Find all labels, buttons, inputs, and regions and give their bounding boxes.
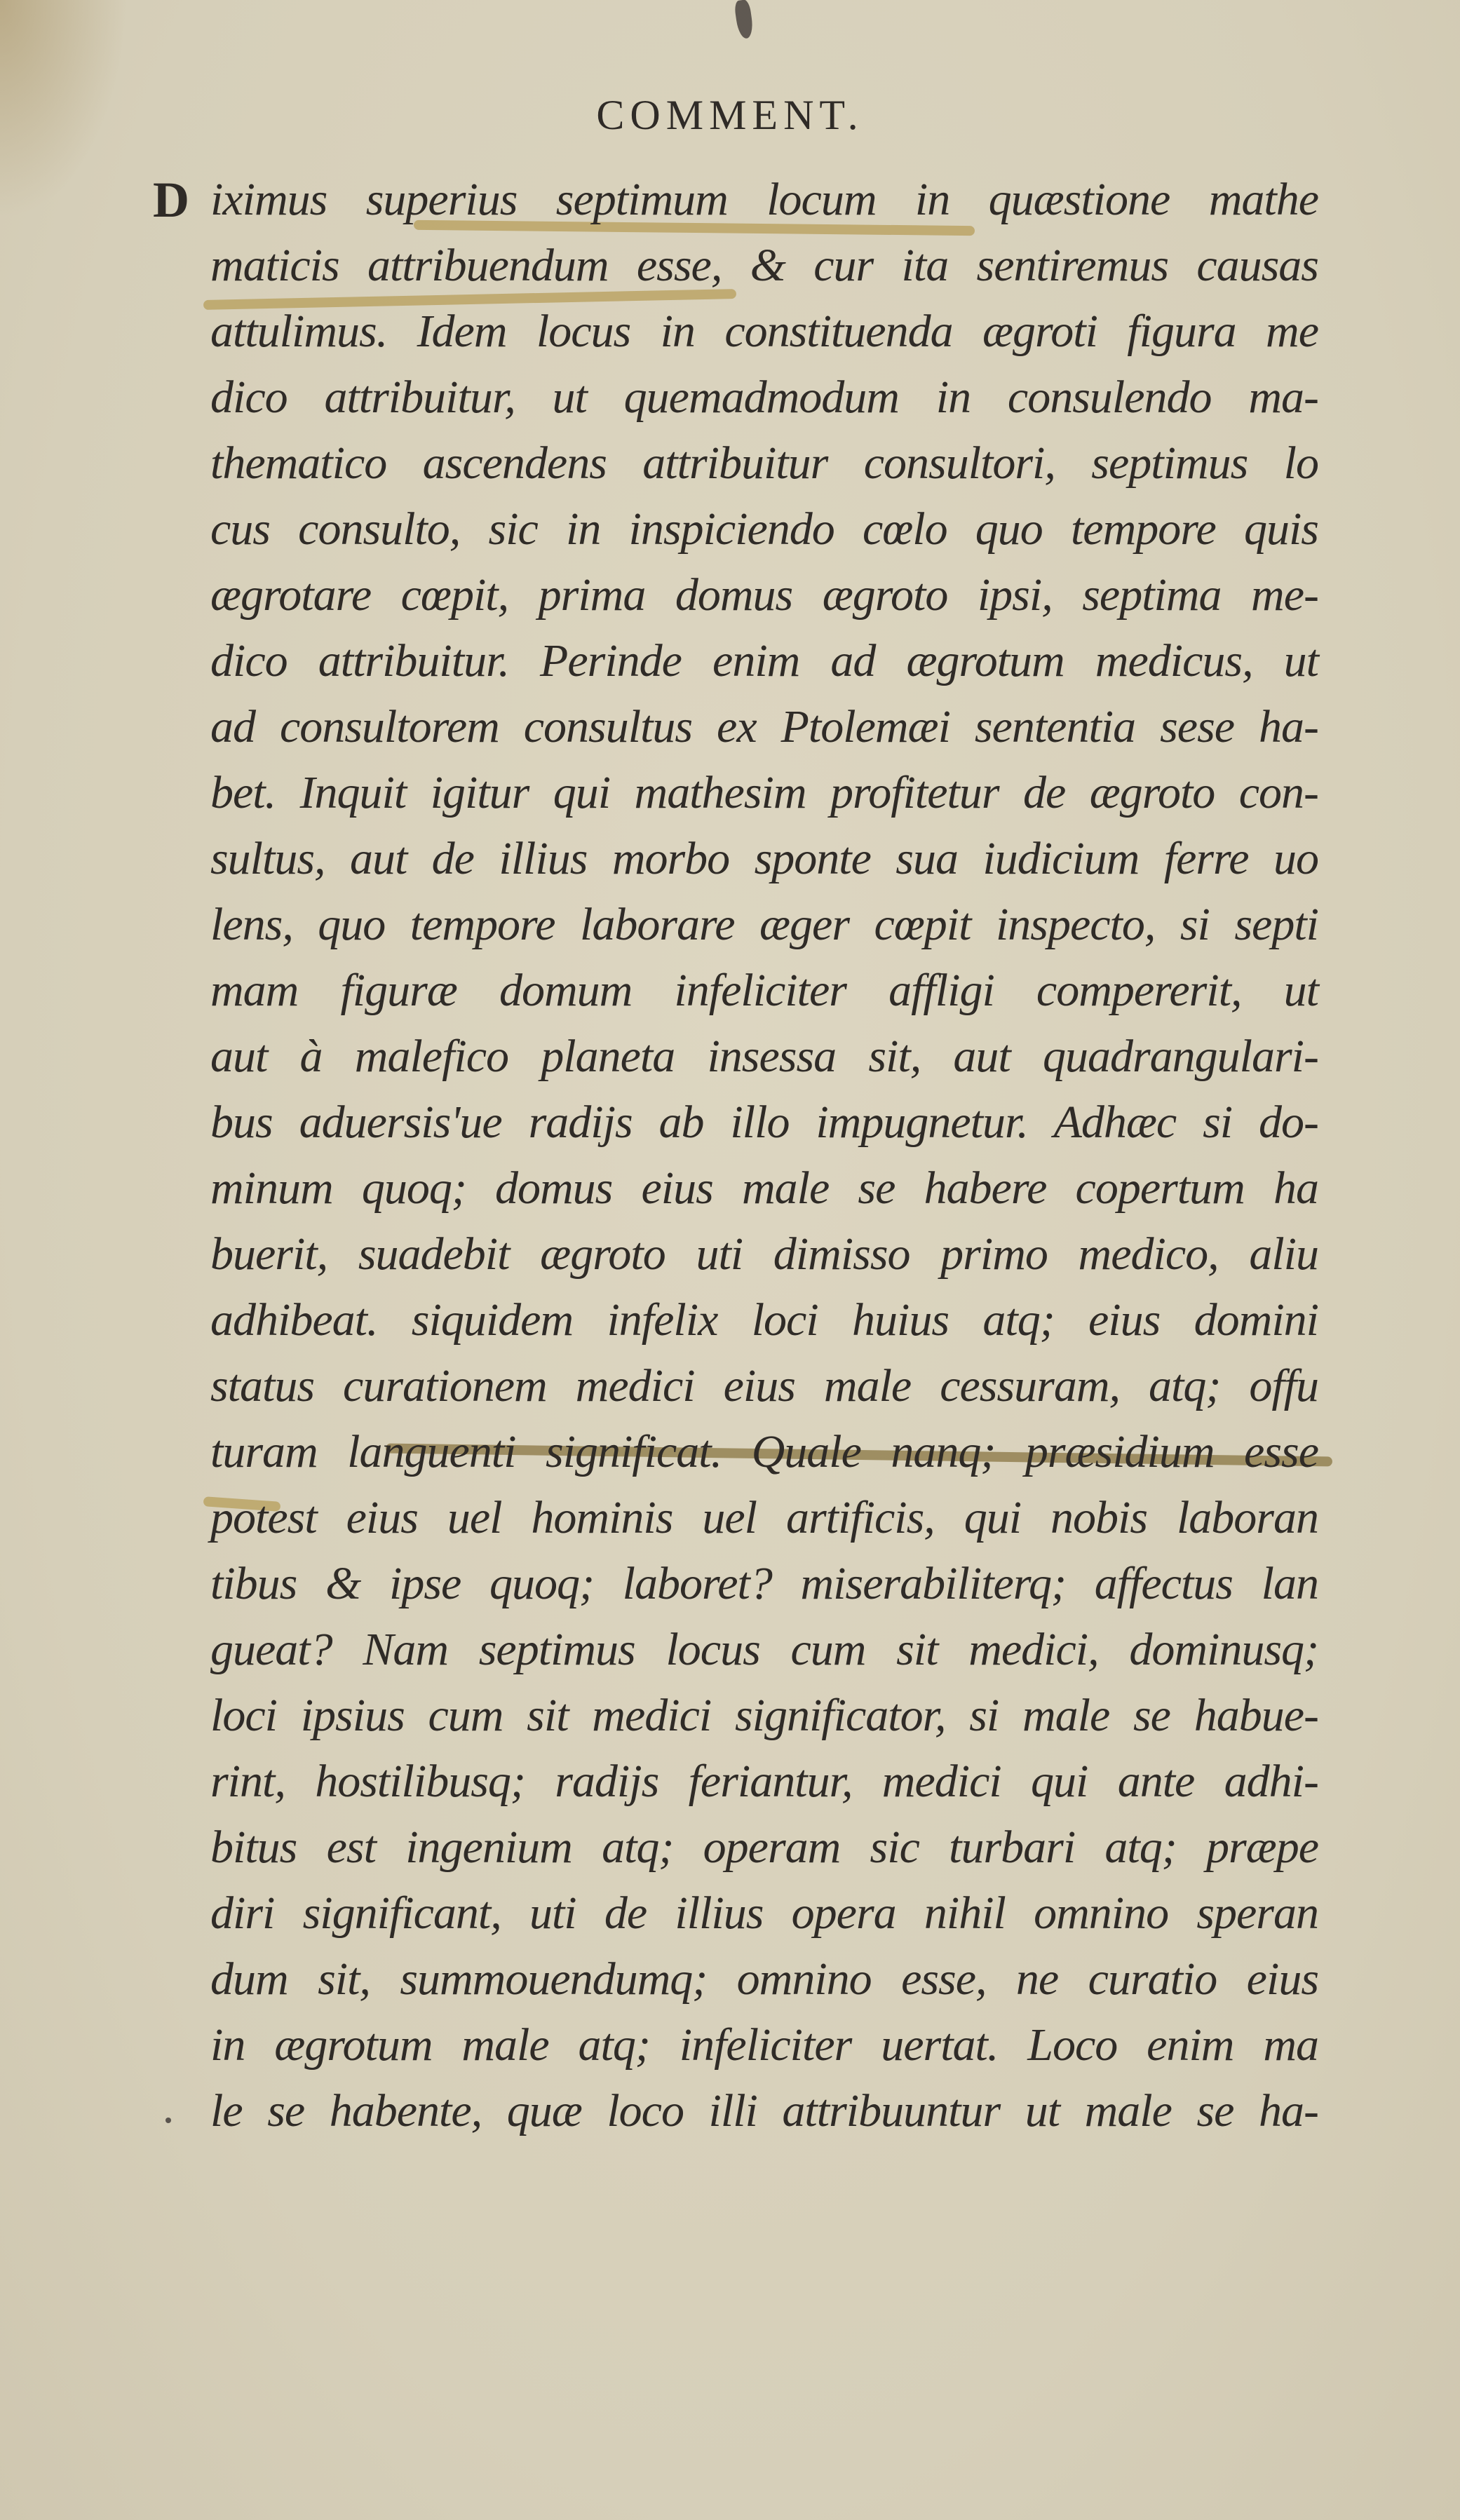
text-line: thematico ascendens attribuitur consulto… xyxy=(210,431,1318,496)
text-line: bus aduersis'ue radijs ab illo impugnetu… xyxy=(210,1090,1318,1156)
text-line: tibus & ipse quoq; laboret? miserabilite… xyxy=(210,1551,1318,1617)
running-head-text: COMMENT. xyxy=(596,92,863,138)
text-line: diri significant, uti de illius opera ni… xyxy=(210,1881,1318,1946)
running-head: COMMENT. xyxy=(0,91,1460,140)
text-line: ad consultorem consultus ex Ptolemæi sen… xyxy=(210,694,1318,760)
text-line: dico attribuitur. Perinde enim ad ægrotu… xyxy=(210,628,1318,694)
text-line: potest eius uel hominis uel artificis, q… xyxy=(210,1485,1318,1551)
text-line: attulimus. Idem locus in constituenda æg… xyxy=(210,299,1318,365)
body-text: iximus superius septimum locum in quæsti… xyxy=(210,167,1318,2144)
text-line: sultus, aut de illius morbo sponte sua i… xyxy=(210,826,1318,892)
drop-initial: D xyxy=(153,167,189,233)
text-line: mam figuræ domum infeliciter affligi com… xyxy=(210,958,1318,1024)
text-line: bet. Inquit igitur qui mathesim profitet… xyxy=(210,760,1318,826)
text-line: lens, quo tempore laborare æger cœpit in… xyxy=(210,892,1318,958)
text-line: status curationem medici eius male cessu… xyxy=(210,1353,1318,1419)
text-line: in ægrotum male atq; infeliciter uertat.… xyxy=(210,2012,1318,2078)
text-line: maticis attribuendum esse, & cur ita sen… xyxy=(210,233,1318,299)
text-line: gueat? Nam septimus locus cum sit medici… xyxy=(210,1617,1318,1683)
text-line: loci ipsius cum sit medici significator,… xyxy=(210,1683,1318,1749)
text-line: aut à malefico planeta insessa sit, aut … xyxy=(210,1024,1318,1090)
book-page: COMMENT. D iximus superius septimum locu… xyxy=(0,0,1460,2520)
margin-speck xyxy=(165,2118,171,2123)
text-line: adhibeat. siquidem infelix loci huius at… xyxy=(210,1287,1318,1353)
text-line: cus consulto, sic in inspiciendo cœlo qu… xyxy=(210,496,1318,562)
text-line: le se habente, quæ loco illi attribuuntu… xyxy=(210,2078,1318,2144)
text-line: dum sit, summouendumq; omnino esse, ne c… xyxy=(210,1946,1318,2012)
text-line: ægrotare cœpit, prima domus ægroto ipsi,… xyxy=(210,562,1318,628)
text-line: minum quoq; domus eius male se habere co… xyxy=(210,1156,1318,1221)
text-line: bitus est ingenium atq; operam sic turba… xyxy=(210,1815,1318,1881)
text-line: turam languenti significat. Quale nanq; … xyxy=(210,1419,1318,1485)
text-line: iximus superius septimum locum in quæsti… xyxy=(210,167,1318,233)
text-line: dico attribuitur, ut quemadmodum in cons… xyxy=(210,365,1318,431)
text-line: buerit, suadebit ægroto uti dimisso prim… xyxy=(210,1221,1318,1287)
text-line: rint, hostilibusq; radijs feriantur, med… xyxy=(210,1749,1318,1815)
ink-blot xyxy=(734,0,754,39)
